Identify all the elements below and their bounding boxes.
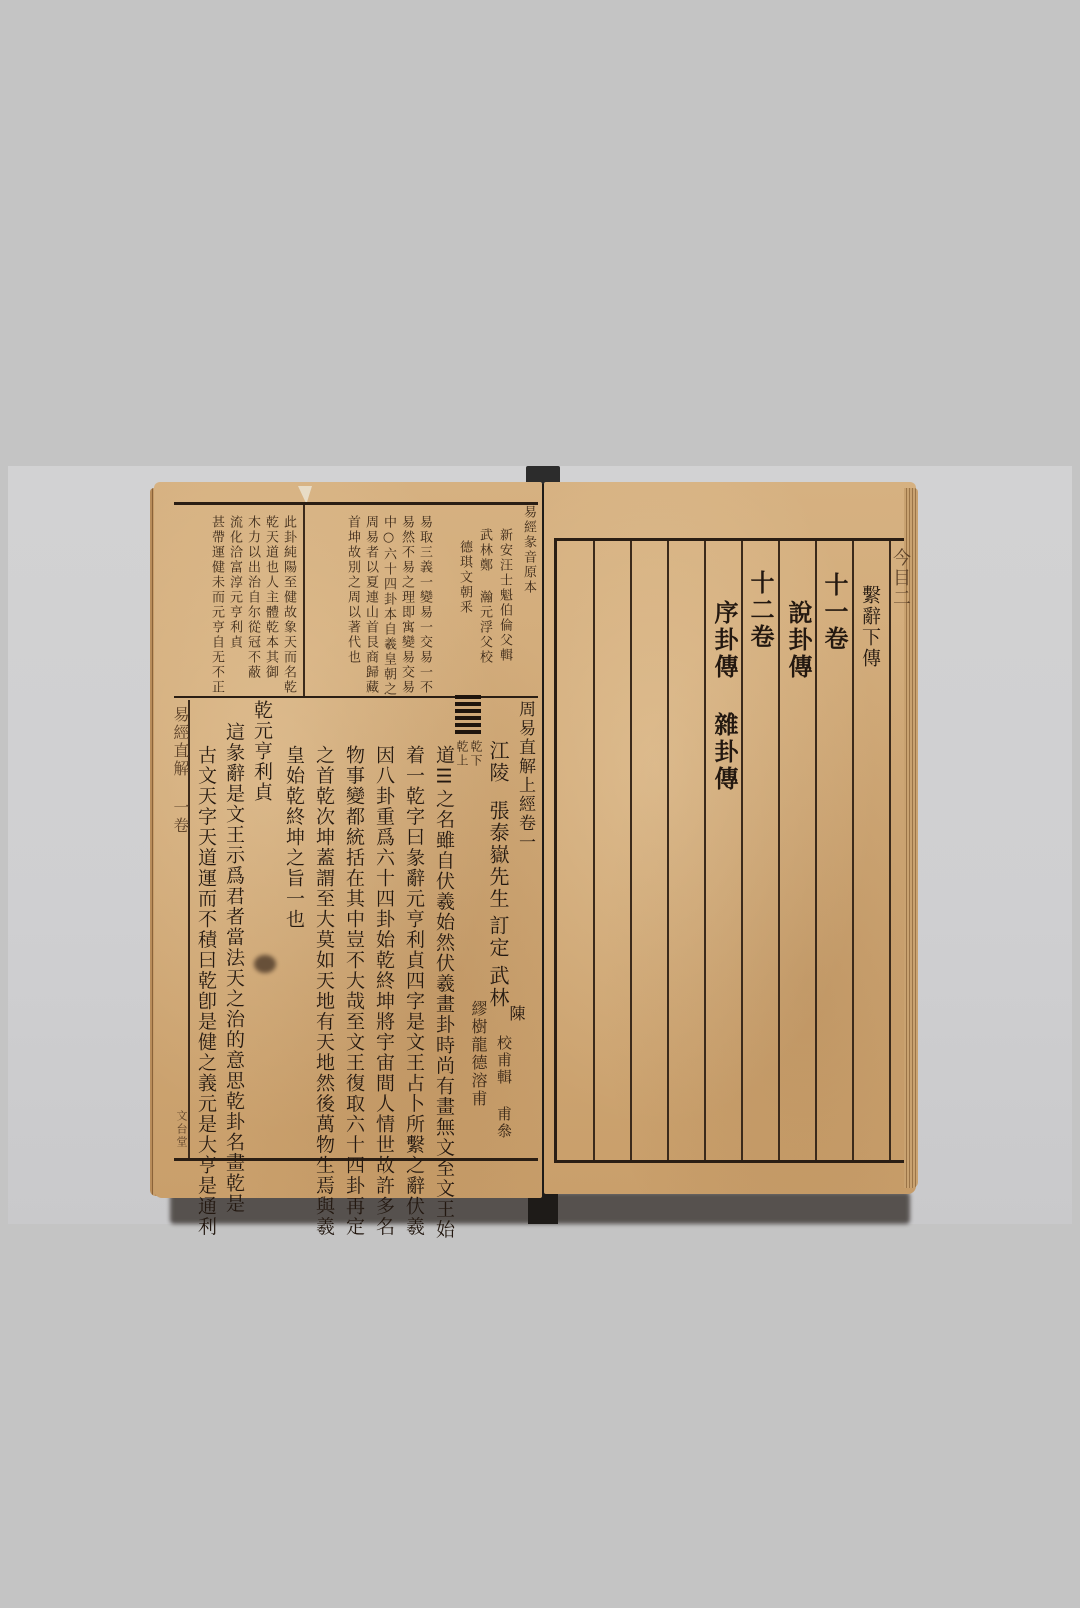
- body-column-4: 物事變都統括在其中豈不大哉至文王復取六十四卦再定: [344, 745, 363, 1237]
- toc-vol-11: 十一卷: [822, 572, 846, 653]
- header-note-1: 易取三義一變易一交易一不: [418, 515, 431, 695]
- column-rule: [852, 541, 854, 1160]
- body-column-6: 皇始乾終坤之旨一也: [284, 745, 303, 930]
- right-edge-label: 今目二: [891, 548, 909, 608]
- header-note-5: 首坤故別之周以著代也: [346, 515, 359, 665]
- header-column-divider: [303, 505, 305, 696]
- proofer-names: 繆樹龍德溶甫: [470, 1000, 486, 1108]
- header-editor-3: 德琪文朝釆: [458, 540, 471, 615]
- body-column-3: 因八卦重爲六十四卦始乾終坤將宇宙間人情世故許多名: [374, 745, 393, 1237]
- header-left-note-3: 木力以出治自尔從冠不蔽: [246, 515, 259, 680]
- body-column-2: 着一乾字曰彖辭元亨利貞四字是文王占卜所繫之辭伏羲: [404, 745, 423, 1237]
- hexagram-lower: 乾下: [470, 740, 482, 768]
- right-left-border: [554, 538, 557, 1163]
- column-rule: [704, 541, 706, 1160]
- toc-xici-xia: 繫辭下傳: [860, 585, 879, 669]
- header-left-note-5: 甚帶運健未而元亨自无不正: [210, 515, 223, 695]
- commentary-column-2: 古文天字天道運而不積曰乾卽是健之義元是大亨是通利: [196, 745, 215, 1237]
- author-role: 訂定: [488, 915, 508, 959]
- column-rule: [889, 541, 891, 1160]
- header-left-note-4: 流化洽富淳元亨利貞: [228, 515, 241, 650]
- qian-hexagram-icon: [455, 695, 481, 737]
- left-top-border: [174, 502, 538, 505]
- margin-label: 易經直解 一卷: [172, 706, 188, 835]
- proofer-place: 武林: [488, 965, 508, 1009]
- header-note-4: 周易者以夏連山首艮商歸藏: [364, 515, 377, 695]
- margin-footer: 文台堂: [176, 1110, 187, 1149]
- author-name: 張泰嶽先生: [488, 800, 508, 910]
- header-note-2: 易然不易之理即寓變易交易: [400, 515, 413, 695]
- body-column-1: 道☰之名雖自伏羲始然伏羲畫卦時尚有畫無文至文王始: [434, 745, 453, 1240]
- left-header-divider: [174, 696, 538, 698]
- author-place: 江陵: [488, 740, 508, 784]
- hexagram-upper: 乾上: [456, 740, 468, 768]
- column-rule: [630, 541, 632, 1160]
- column-rule: [667, 541, 669, 1160]
- header-title: 易經彖音原本: [522, 505, 535, 595]
- main-title: 周易直解上經卷一: [516, 700, 533, 852]
- toc-zagua: 雜卦傳: [712, 712, 736, 793]
- commentary-column-1: 這彖辭是文王示爲君者當法天之治的意思乾卦名畫乾是: [224, 722, 243, 1214]
- header-editor-2: 武林鄭 瀚元浮父校: [478, 528, 491, 665]
- header-note-3: 中○六十四卦本自羲皇朝之: [382, 515, 395, 697]
- body-column-5: 之首乾次坤蓋謂至大莫如天地有天地然後萬物生焉與羲: [314, 745, 333, 1237]
- header-left-note-2: 乾天道也人主體乾本其御: [264, 515, 277, 680]
- proofer-surname: 陳: [508, 1005, 524, 1023]
- header-editor-1: 新安汪士魁伯倫父輯: [498, 528, 511, 663]
- right-bottom-border: [554, 1160, 904, 1163]
- header-left-note-1: 此卦純陽至健故象天而名乾: [282, 515, 295, 695]
- column-rule: [815, 541, 817, 1160]
- toc-xugua: 序卦傳: [712, 600, 736, 681]
- ink-stain: [254, 955, 276, 973]
- column-rule: [778, 541, 780, 1160]
- column-rule: [741, 541, 743, 1160]
- column-rule: [593, 541, 595, 1160]
- verse-line: 乾元亨利貞: [252, 700, 271, 803]
- toc-vol-12: 十二卷: [748, 570, 772, 651]
- toc-shuogua: 說卦傳: [786, 600, 810, 681]
- proofer-role: 校甫輯 甫叅: [496, 1035, 511, 1140]
